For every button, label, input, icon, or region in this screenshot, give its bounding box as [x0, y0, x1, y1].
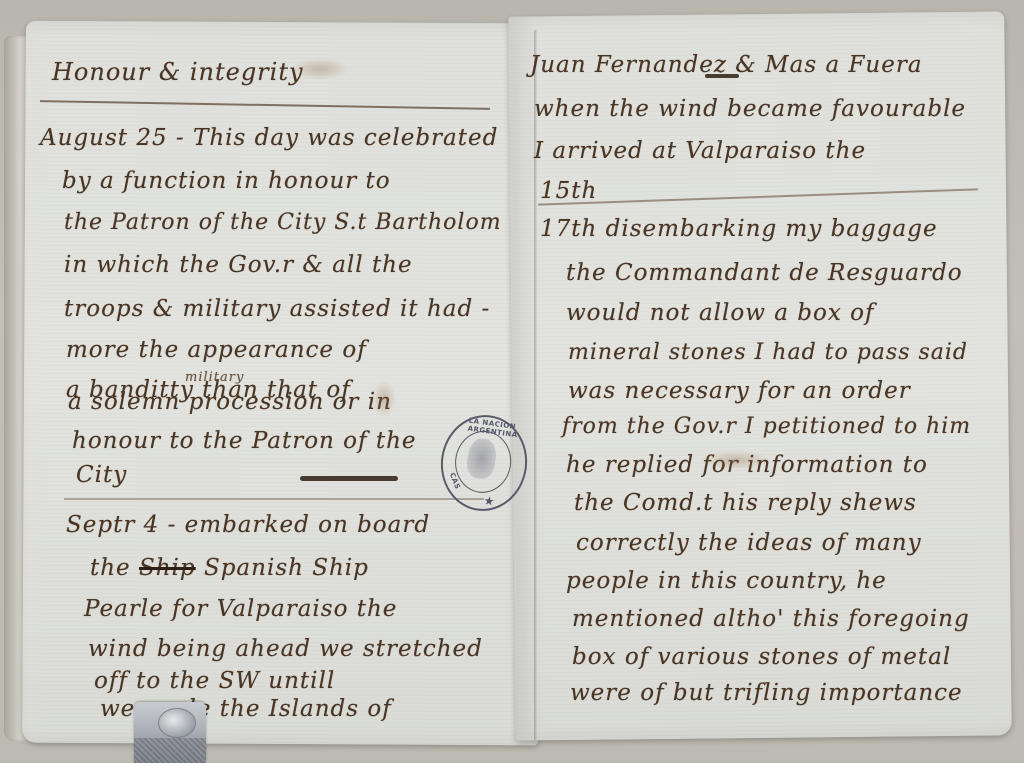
ink-blot	[705, 74, 739, 78]
entry-line: 15th	[540, 178, 597, 204]
entry-line: mentioned altho' this foregoing	[572, 606, 970, 632]
entry-line: would not allow a box of	[566, 300, 874, 326]
sharpener-hole	[158, 708, 196, 738]
entry-line: Septr 4 - embarked on board	[66, 512, 430, 538]
entry-line: 17th disembarking my baggage	[540, 216, 938, 242]
entry-line: by a function in honour to	[62, 168, 391, 194]
entry-line: the Ship Spanish Ship	[90, 555, 369, 581]
entry-line: troops & military assisted it had -	[64, 296, 490, 322]
entry-line: more the appearance of	[66, 337, 367, 363]
ink-blot-line	[300, 476, 398, 481]
ink-stain	[290, 58, 350, 80]
entry-word: the	[90, 555, 139, 581]
entry-separator	[64, 498, 484, 500]
entry-line: City	[76, 462, 127, 488]
entry-line: off to the SW untill	[94, 668, 335, 694]
star-icon: ★	[483, 493, 496, 508]
entry-line: in which the Gov.r & all the	[64, 252, 413, 278]
pencil-sharpener	[134, 702, 206, 763]
entry-line: a solemn procession or in	[68, 389, 392, 415]
interlinear-insertion: military	[185, 370, 244, 385]
left-page-header: Honour & integrity	[52, 58, 304, 86]
entry-line: I arrived at Valparaiso the	[534, 138, 866, 164]
entry-line: August 25 - This day was celebrated	[40, 125, 498, 151]
entry-line: when the wind became favourable	[534, 96, 966, 122]
entry-line: mineral stones I had to pass said	[568, 340, 968, 365]
ink-stain	[700, 450, 770, 470]
entry-line: people in this country, he	[566, 568, 887, 594]
entry-line: honour to the Patron of the	[72, 428, 417, 454]
entry-line: the Commandant de Resguardo	[566, 260, 963, 286]
entry-line: wind being ahead we stretched	[88, 636, 483, 662]
entry-line: the Patron of the City S.t Bartholom	[64, 210, 502, 235]
entry-line: the Comd.t his reply shews	[574, 490, 917, 516]
ink-stain	[372, 380, 396, 418]
entry-line: box of various stones of metal	[572, 644, 951, 670]
entry-line: Pearle for Valparaiso the	[84, 596, 397, 622]
book-gutter	[534, 30, 537, 740]
struck-word: Ship	[139, 555, 196, 581]
entry-line: correctly the ideas of many	[576, 530, 922, 556]
sharpener-grip	[134, 738, 206, 763]
entry-line: from the Gov.r I petitioned to him	[562, 414, 971, 439]
entry-line: were of but trifling importance	[570, 680, 963, 706]
entry-line: was necessary for an order	[568, 378, 911, 404]
entry-word: Spanish Ship	[196, 555, 369, 581]
